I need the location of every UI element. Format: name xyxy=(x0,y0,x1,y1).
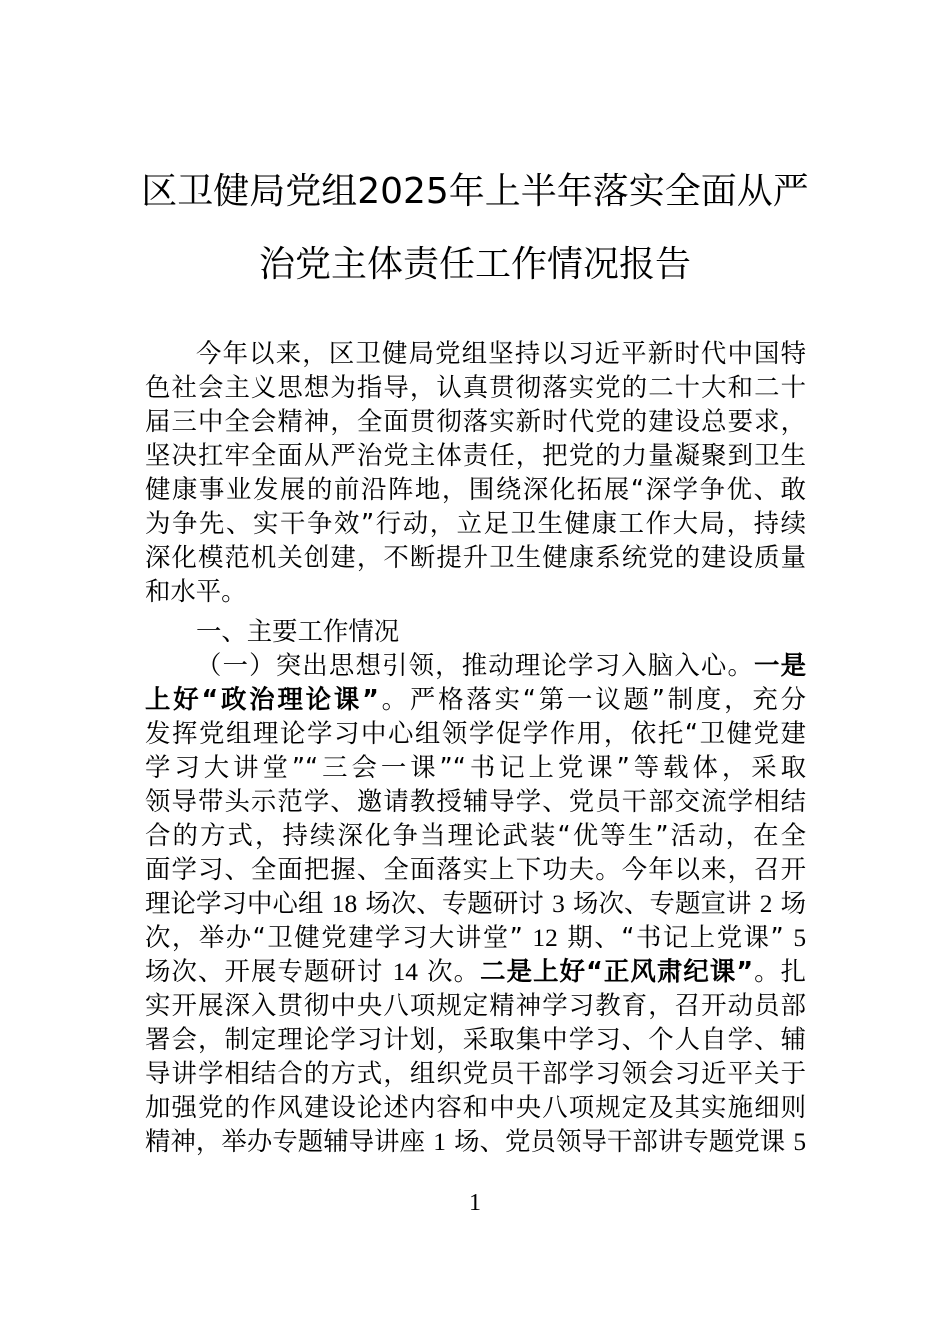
text-span: 期、“书记上党课” xyxy=(567,922,783,952)
number: 18 xyxy=(332,890,357,918)
paragraph-1-line-3: 届三中全会精神，全面贯彻落实新时代党的建设总要求， xyxy=(145,404,806,438)
text-span: 次。 xyxy=(427,956,480,986)
paragraph-1-line-6: 为争先、实干争效”行动，立足卫生健康工作大局，持续 xyxy=(145,506,806,540)
paragraph-2-line-5: 领导带头示范学、邀请教授辅导学、党员干部交流学相结 xyxy=(145,784,806,818)
paragraph-1-line-5: 健康事业发展的前沿阵地，围绕深化拓展“深学争优、敢 xyxy=(145,472,806,506)
section-heading-1: 一、主要工作情况 xyxy=(196,614,806,648)
number: 5 xyxy=(793,1128,806,1156)
bold-lead: 上好“政治理论课” xyxy=(145,684,379,714)
text-span: 场次、开展专题研讨 xyxy=(145,956,383,986)
document-page: 区卫健局党组2025年上半年落实全面从严 治党主体责任工作情况报告 今年以来，区… xyxy=(0,0,950,1344)
text-span: 场次、专题宣讲 xyxy=(573,888,752,918)
paragraph-2-line-1: （一）突出思想引领，推动理论学习入脑入心。一是 xyxy=(196,648,806,682)
page-number: 1 xyxy=(0,1188,950,1218)
text-span: 场次、专题研讨 xyxy=(365,888,544,918)
bold-lead: 一是 xyxy=(754,650,806,680)
document-title-line-1: 区卫健局党组2025年上半年落实全面从严 xyxy=(0,172,950,212)
text-span: 。严格落实“第一议题”制度，充分 xyxy=(379,684,806,714)
paragraph-1-line-4: 坚决扛牢全面从严治党主体责任，把党的力量凝聚到卫生 xyxy=(145,438,806,472)
number: 14 xyxy=(393,958,418,986)
number: 3 xyxy=(552,890,565,918)
paragraph-1-line-1: 今年以来，区卫健局党组坚持以习近平新时代中国特 xyxy=(196,336,806,370)
paragraph-2-line-4: 学习大讲堂”“三会一课”“书记上党课”等载体，采取 xyxy=(145,750,806,784)
number: 1 xyxy=(433,1128,446,1156)
paragraph-2-line-6: 合的方式，持续深化争当理论武装“优等生”活动，在全 xyxy=(145,818,806,852)
paragraph-1-line-7: 深化模范机关创建，不断提升卫生健康系统党的建设质量 xyxy=(145,540,806,574)
text-span: 场 xyxy=(781,888,806,918)
paragraph-2-line-10: 场次、开展专题研讨 14 次。二是上好“正风肃纪课”。扎 xyxy=(145,954,806,989)
paragraph-2-line-9: 次，举办“卫健党建学习大讲堂” 12 期、“书记上党课” 5 xyxy=(145,920,806,955)
number: 5 xyxy=(793,924,806,952)
paragraph-2-line-11: 实开展深入贯彻中央八项规定精神学习教育，召开动员部 xyxy=(145,988,806,1022)
paragraph-2-line-12: 署会，制定理论学习计划，采取集中学习、个人自学、辅 xyxy=(145,1022,806,1056)
paragraph-2-line-7: 面学习、全面把握、全面落实上下功夫。今年以来，召开 xyxy=(145,852,806,886)
number: 12 xyxy=(532,924,557,952)
text-span: 。扎 xyxy=(753,956,806,986)
text-span: 场、党员领导干部讲专题党课 xyxy=(454,1126,785,1156)
bold-lead: 二是上好“正风肃纪课” xyxy=(480,956,753,986)
subsection-heading: （一）突出思想引领，推动理论学习入脑入心。 xyxy=(196,650,754,680)
paragraph-2-line-13: 导讲学相结合的方式，组织党员干部学习领会习近平关于 xyxy=(145,1056,806,1090)
paragraph-2-line-15: 精神，举办专题辅导讲座 1 场、党员领导干部讲专题党课 5 xyxy=(145,1124,806,1159)
paragraph-2-line-3: 发挥党组理论学习中心组领学促学作用，依托“卫健党建 xyxy=(145,716,806,750)
text-span: 理论学习中心组 xyxy=(145,888,324,918)
text-span: 次，举办“卫健党建学习大讲堂” xyxy=(145,922,523,952)
document-title-line-2: 治党主体责任工作情况报告 xyxy=(0,245,950,285)
paragraph-1-line-8: 和水平。 xyxy=(145,574,806,608)
text-span: 精神，举办专题辅导讲座 xyxy=(145,1126,425,1156)
paragraph-1-line-2: 色社会主义思想为指导，认真贯彻落实党的二十大和二十 xyxy=(145,370,806,404)
paragraph-2-line-2: 上好“政治理论课”。严格落实“第一议题”制度，充分 xyxy=(145,682,806,716)
number: 2 xyxy=(760,890,773,918)
paragraph-2-line-8: 理论学习中心组 18 场次、专题研讨 3 场次、专题宣讲 2 场 xyxy=(145,886,806,921)
paragraph-2-line-14: 加强党的作风建设论述内容和中央八项规定及其实施细则 xyxy=(145,1090,806,1124)
